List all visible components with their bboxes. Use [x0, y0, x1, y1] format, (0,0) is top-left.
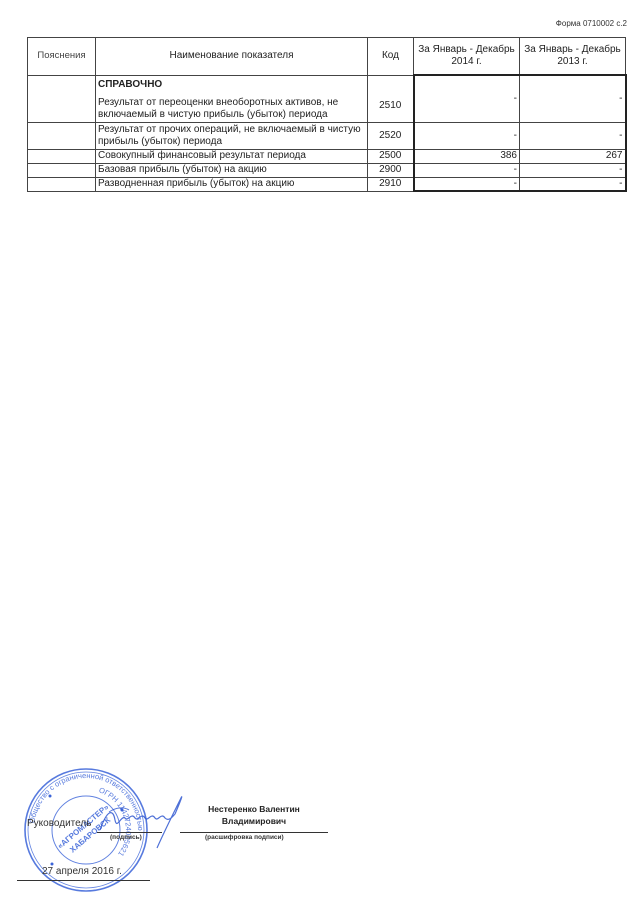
signer-name: Нестеренко Валентин Владимирович [196, 803, 312, 827]
form-code: Форма 0710002 с.2 [556, 19, 627, 28]
table-row: СПРАВОЧНО Результат от переоценки внеобо… [28, 75, 626, 122]
row-value-current: - [414, 75, 520, 122]
row-notes [28, 177, 96, 191]
date-line [17, 880, 150, 881]
row-value-previous: 267 [520, 149, 626, 163]
row-value-current: - [414, 163, 520, 177]
name-line [180, 832, 328, 833]
row-notes [28, 122, 96, 149]
row-code: 2900 [368, 163, 414, 177]
signature-line [97, 832, 162, 833]
table-row: Разводненная прибыль (убыток) на акцию 2… [28, 177, 626, 191]
row-name: СПРАВОЧНО Результат от переоценки внеобо… [96, 75, 368, 122]
section-title: СПРАВОЧНО [98, 79, 365, 91]
row-value-current: 386 [414, 149, 520, 163]
row-code: 2510 [368, 75, 414, 122]
row-name: Совокупный финансовый результат периода [96, 149, 368, 163]
signature-block: Общество с ограниченной ответственностью… [0, 760, 642, 916]
row-code: 2500 [368, 149, 414, 163]
handwritten-signature-icon [95, 790, 185, 850]
signature-date: 27 апреля 2016 г. [42, 866, 122, 877]
table-row: Базовая прибыль (убыток) на акцию 2900 -… [28, 163, 626, 177]
row-value-current: - [414, 122, 520, 149]
row-notes [28, 149, 96, 163]
row-value-previous: - [520, 163, 626, 177]
report-table: Пояснения Наименование показателя Код За… [27, 37, 627, 192]
row-notes [28, 163, 96, 177]
row-name: Разводненная прибыль (убыток) на акцию [96, 177, 368, 191]
row-notes [28, 75, 96, 122]
row-value-previous: - [520, 177, 626, 191]
header-row: Пояснения Наименование показателя Код За… [28, 38, 626, 76]
row-value-previous: - [520, 122, 626, 149]
row-code: 2520 [368, 122, 414, 149]
row-value-previous: - [520, 75, 626, 122]
row-name: Базовая прибыль (убыток) на акцию [96, 163, 368, 177]
row-value-current: - [414, 177, 520, 191]
table-row: Совокупный финансовый результат периода … [28, 149, 626, 163]
signature-caption: (подпись) [110, 834, 142, 841]
name-caption: (расшифровка подписи) [205, 834, 284, 841]
row-name-text: Результат от переоценки внеоборотных акт… [98, 97, 338, 120]
row-name: Результат от прочих операций, не включае… [96, 122, 368, 149]
row-code: 2910 [368, 177, 414, 191]
header-notes: Пояснения [28, 38, 96, 76]
header-name: Наименование показателя [96, 38, 368, 76]
signer-name-line2: Владимирович [196, 815, 312, 827]
header-code: Код [368, 38, 414, 76]
signer-name-line1: Нестеренко Валентин [196, 803, 312, 815]
header-period-previous: За Январь - Декабрь 2013 г. [520, 38, 626, 76]
signer-role: Руководитель [27, 818, 91, 829]
header-period-current: За Январь - Декабрь 2014 г. [414, 38, 520, 76]
table-row: Результат от прочих операций, не включае… [28, 122, 626, 149]
